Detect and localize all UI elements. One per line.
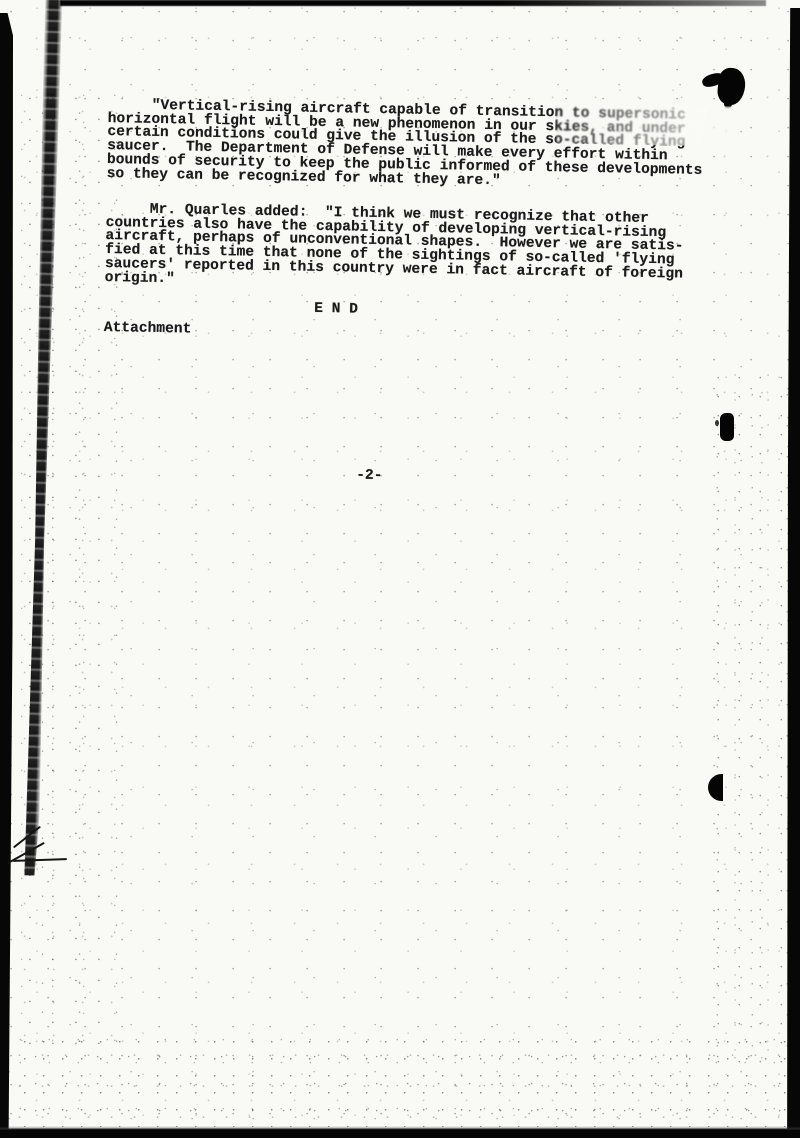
ink-blob-middle-right [715,420,719,426]
paragraph-quote-2: Mr. Quarles added: "I think we must reco… [105,203,684,296]
scanned-document-page: "Vertical-rising aircraft capable of tra… [0,0,800,1138]
scan-edge-top-bar [60,0,766,6]
page-edge-shadow-streak [20,0,63,876]
attachment-label: Attachment [104,322,192,337]
page-number: -2- [356,470,383,484]
paragraph-quote-1: "Vertical-rising aircraft capable of tra… [106,99,703,192]
page-text: "Vertical-rising aircraft capable of tra… [108,99,748,111]
scan-edge-left-bar [0,13,13,1138]
photocopy-grain-right [712,370,792,1070]
photocopy-grain-left [0,90,120,1050]
ink-blob-top-right [724,100,732,108]
scan-edge-right-bar [786,8,800,1138]
ink-blob-bottom-right [708,774,723,801]
end-marker: E N D [314,303,358,318]
ink-blob-middle-right [720,413,734,441]
scan-edge-bottom-bar [0,1126,800,1138]
photocopy-grain-bottom [0,1035,800,1127]
scratch-mark [13,858,67,862]
